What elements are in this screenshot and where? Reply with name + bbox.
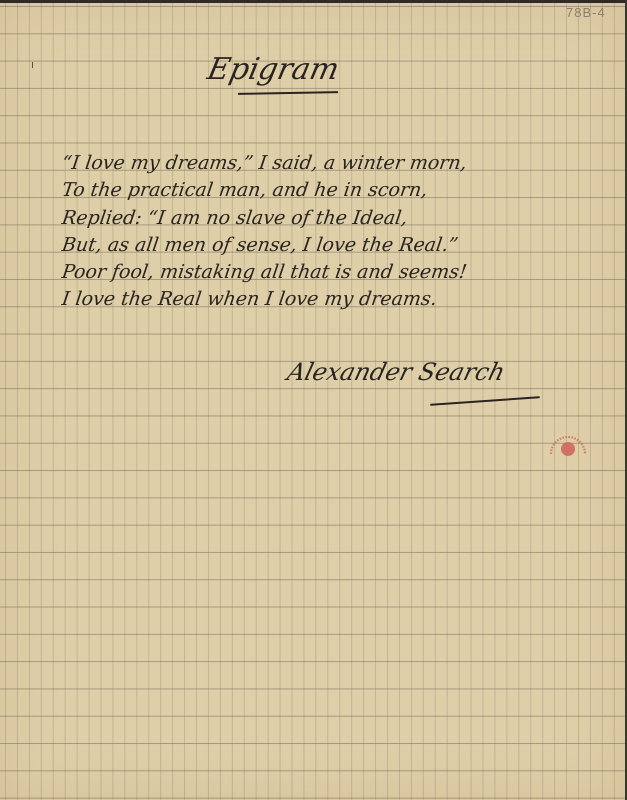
- title-underline: [238, 91, 338, 95]
- poem-line: Replied: “I am no slave of the Ideal,: [60, 205, 624, 232]
- stamp-seal-icon: [561, 442, 575, 456]
- poem-line: I love the Real when I love my dreams.: [60, 286, 624, 313]
- poem-title: Epigram: [204, 52, 342, 87]
- archive-reference: 78B-4: [566, 5, 606, 20]
- poem-line: But, as all men of sense, I love the Rea…: [60, 232, 624, 259]
- pencil-mark: [32, 62, 33, 68]
- poem-line: “I love my dreams,” I said, a winter mor…: [60, 150, 624, 177]
- author-signature: Alexander Search: [285, 358, 508, 386]
- poem-line: Poor fool, mistaking all that is and see…: [60, 259, 624, 286]
- signature-flourish: [430, 396, 540, 406]
- library-stamp: [547, 428, 589, 462]
- manuscript-page: 78B-4 Epigram “I love my dreams,” I said…: [0, 0, 627, 800]
- poem-body: “I love my dreams,” I said, a winter mor…: [62, 150, 622, 314]
- poem-line: To the practical man, and he in scorn,: [60, 177, 624, 204]
- scan-border-top: [0, 0, 627, 3]
